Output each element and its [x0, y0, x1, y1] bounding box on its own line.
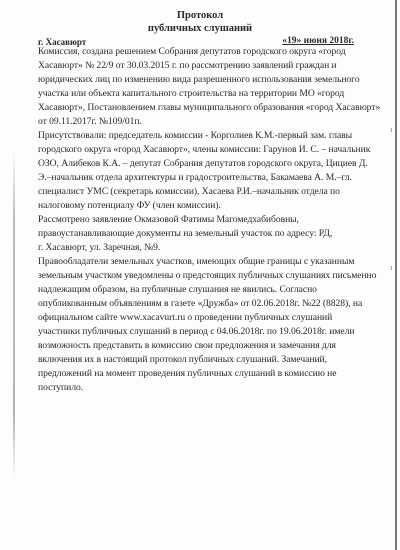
text-line: Хасавюрт» № 22/9 от 30.03.2015 г. по рас… [38, 59, 337, 73]
text-line: официальном сайте www.xacavurt.ru о пров… [38, 311, 332, 325]
text-line: предложений на момент проведения публичн… [38, 367, 336, 381]
scan-edge-shadow [13, 150, 15, 480]
text-line: Э.–начальник отдела архитектуры и градос… [38, 171, 352, 185]
text-line: городского округа «город Хасавюрт», член… [38, 143, 370, 157]
text-line: опубликованным объявлениям в газете «Дру… [38, 297, 362, 311]
text-line: участники публичных слушаний в период с … [38, 325, 354, 339]
text-line: Комиссия, создана решением Собрания депу… [38, 45, 346, 59]
text-line: Рассмотрено заявление Окмазовой Фатимы М… [38, 213, 299, 227]
text-line: включения их в настоящий протокол публич… [38, 353, 327, 367]
text-line: участка или объекта капитального строите… [38, 87, 344, 101]
text-line: Правообладатели земельных участков, имею… [38, 255, 354, 269]
document-page: 1 1 Протокол публичных слушаний г. Хасав… [0, 0, 400, 550]
margin-mark: 1 [390, 266, 393, 272]
text-line: Присутствовали: председатель комиссии - … [38, 129, 352, 143]
scan-edge-border [395, 0, 397, 550]
text-line: поступило. [38, 381, 83, 395]
text-line: г. Хасавюрт, ул. Заречная, №9. [38, 241, 160, 255]
text-line: юридических лиц по изменению вида разреш… [38, 73, 360, 87]
text-line: надлежащим образом, на публичные слушани… [38, 283, 317, 297]
text-line: налоговому потенциалу ФУ (член комиссии)… [38, 199, 221, 213]
document-subtitle: публичных слушаний [0, 23, 400, 34]
text-line: ОЗО, Алибеков К.А. – депутат Собрания де… [38, 157, 368, 171]
document-title: Протокол [0, 10, 400, 21]
text-line: правоустанавливающие документы на земель… [38, 227, 332, 241]
text-line: от 09.11.2017г. №109/01п. [38, 115, 142, 129]
margin-mark: 1 [390, 128, 393, 134]
text-line: земельным участком уведомлены о предстоя… [38, 269, 376, 283]
text-line: специалист УМС (секретарь комиссии), Хас… [38, 185, 340, 199]
text-line: возможность представить в комиссию свои … [38, 339, 336, 353]
text-line: Хасавюрт», Постановлением главы муниципа… [38, 101, 380, 115]
